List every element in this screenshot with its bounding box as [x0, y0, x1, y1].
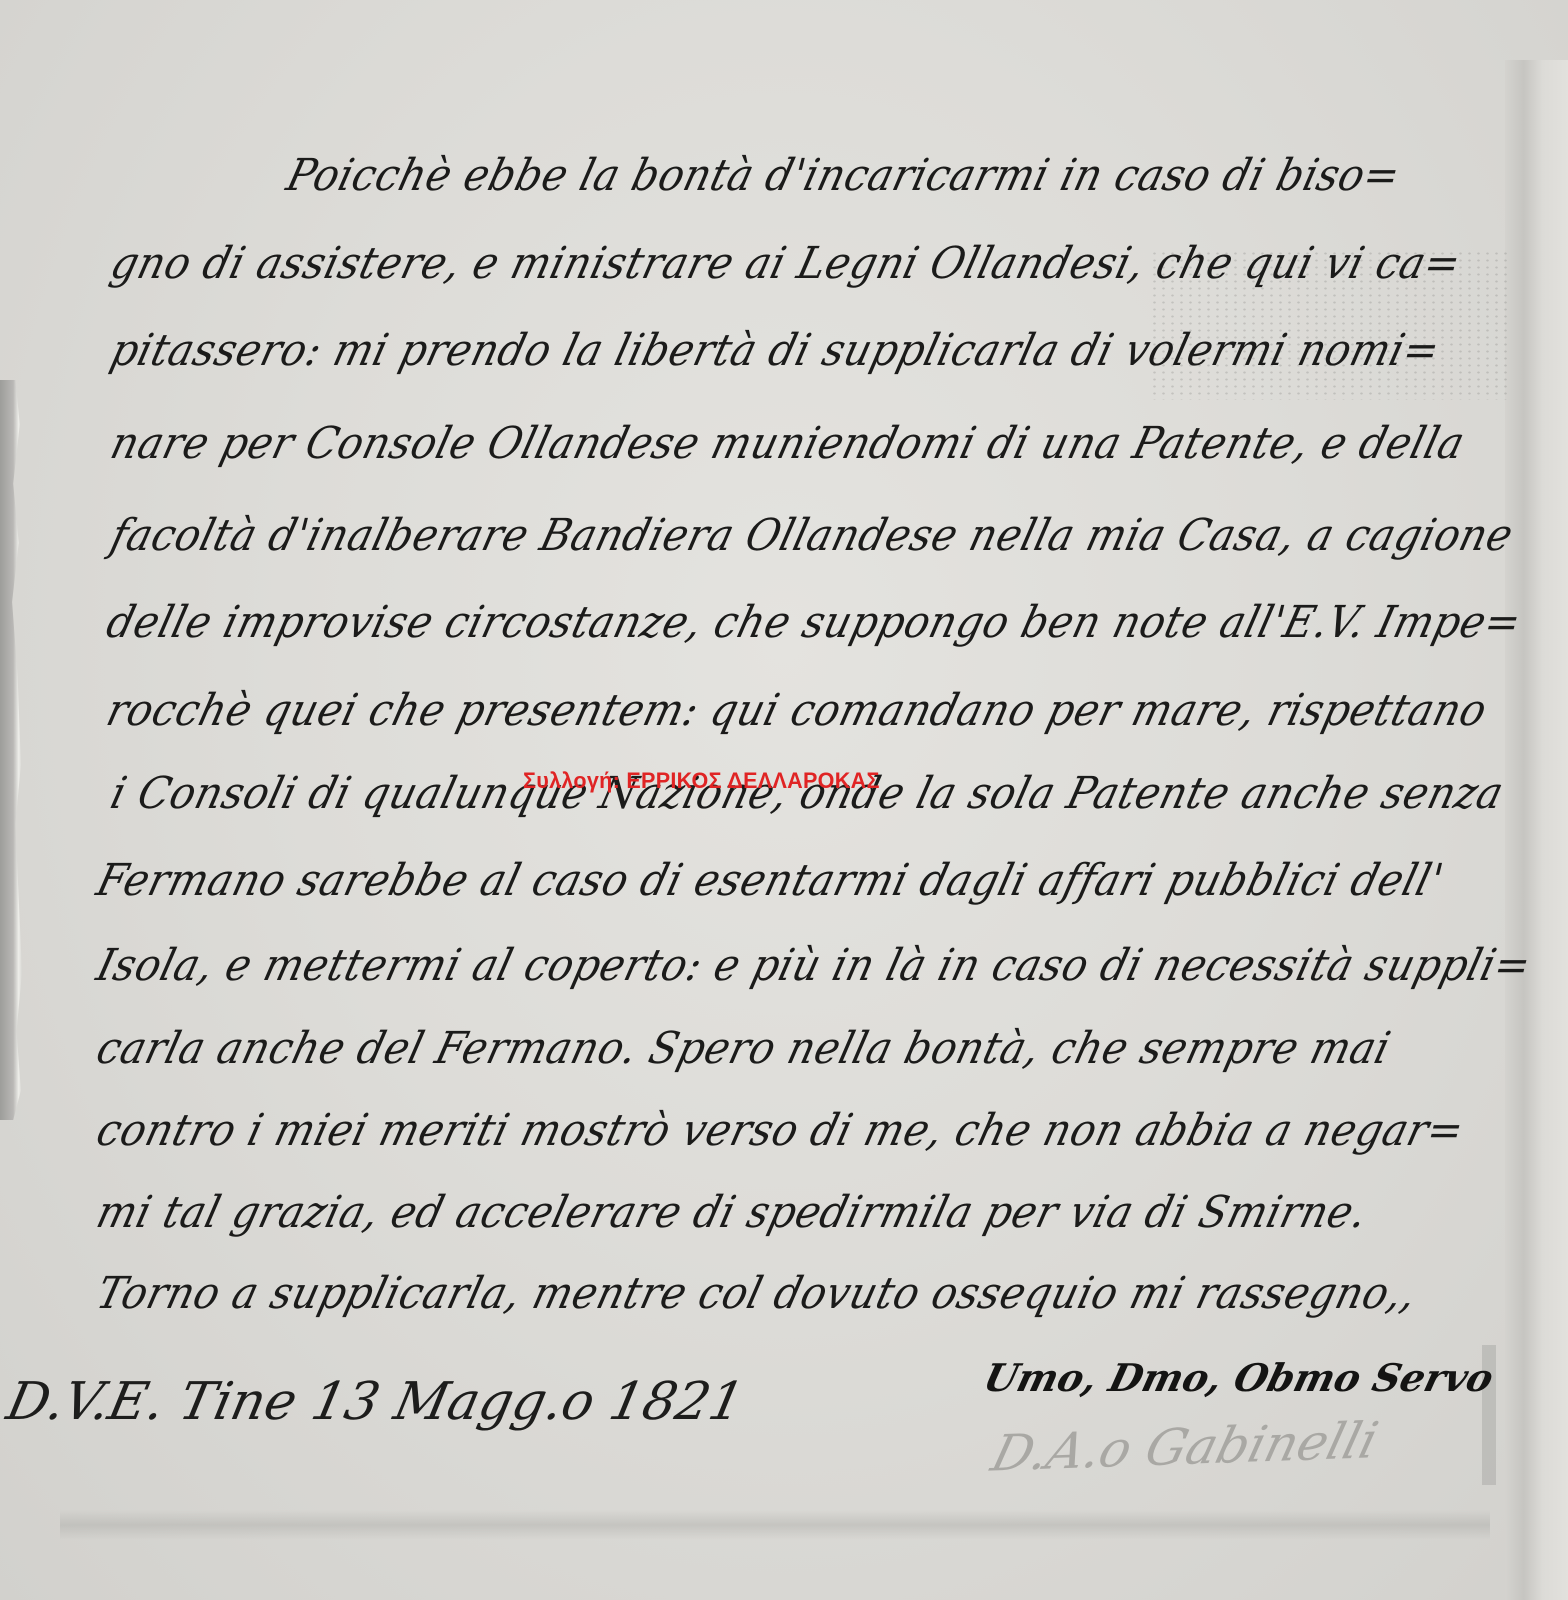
letter-line-11: carla anche del Fermano. Spero nella bon…	[92, 1023, 1396, 1074]
letter-line-7: rocchè quei che presentem: qui comandano…	[102, 685, 1492, 736]
letter-line-14: Torno a supplicarla, mentre col dovuto o…	[92, 1268, 1422, 1319]
letter-body: Poicchè ebbe la bontà d'incaricarmi in c…	[0, 0, 1568, 1600]
letter-line-3: pitassero: mi prendo la libertà di suppl…	[106, 325, 1445, 376]
collection-watermark: Συλλογή: ΕΡΡΙΚΟΣ ΔΕΛΛΑΡΟΚΑΣ	[523, 768, 880, 794]
place-and-date: D.V.E. Tine 13 Magg.o 1821	[2, 1372, 749, 1432]
letter-line-6: delle improvise circostanze, che suppong…	[102, 597, 1527, 648]
faded-signature: D.A.o Gabinelli	[986, 1411, 1384, 1482]
letter-line-9: Fermano sarebbe al caso di esentarmi dag…	[92, 855, 1449, 906]
closing-salutation: Umo, Dmo, Obmo Servo	[979, 1355, 1498, 1400]
letter-line-4: nare per Console Ollandese muniendomi di…	[106, 418, 1470, 469]
letter-line-12: contro i miei meriti mostrò verso di me,…	[92, 1105, 1470, 1156]
letter-line-10: Isola, e mettermi al coperto: e più in l…	[92, 940, 1537, 991]
letter-line-2: gno di assistere, e ministrare ai Legni …	[106, 238, 1467, 289]
letter-line-1: Poicchè ebbe la bontà d'incaricarmi in c…	[282, 150, 1406, 201]
letter-line-13: mi tal grazia, ed accelerare di spedirmi…	[92, 1187, 1373, 1238]
letter-line-5: facoltà d'inalberare Bandiera Ollandese …	[106, 510, 1519, 561]
